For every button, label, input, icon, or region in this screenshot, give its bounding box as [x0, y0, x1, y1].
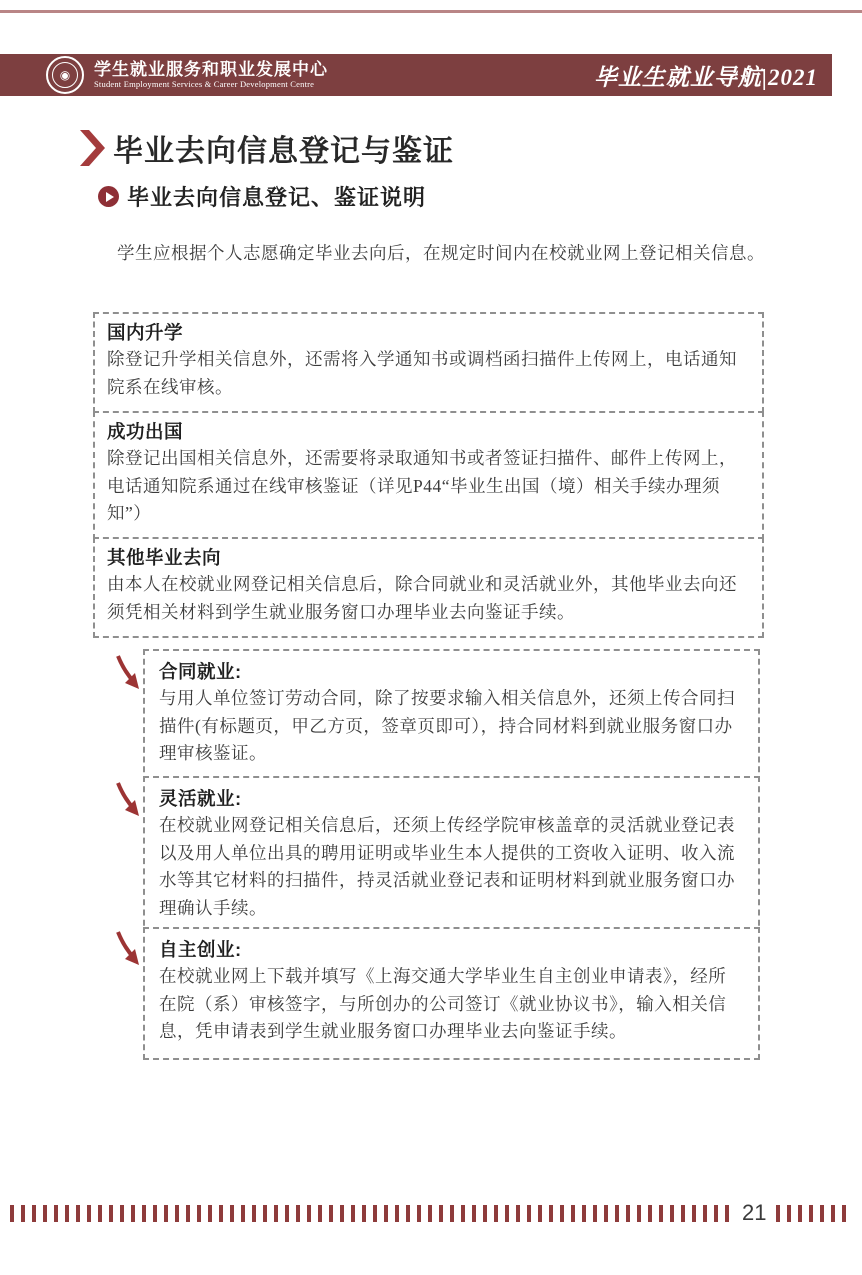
- subbox-body: 与用人单位签订劳动合同，除了按要求输入相关信息外，还须上传合同扫描件(有标题页，…: [159, 685, 744, 768]
- footer: 21: [10, 1203, 853, 1223]
- subbox-flexible-employment: 灵活就业: 在校就业网登记相关信息后，还须上传经学院审核盖章的灵活就业登记表以及…: [143, 776, 760, 936]
- footer-bar: [776, 1205, 780, 1222]
- footer-decoration-bars-right: [776, 1205, 853, 1222]
- footer-bar: [842, 1205, 846, 1222]
- footer-bar: [21, 1205, 25, 1222]
- box-title: 国内升学: [107, 320, 750, 346]
- footer-bar: [98, 1205, 102, 1222]
- box-body: 由本人在校就业网登记相关信息后，除合同就业和灵活就业外，其他毕业去向还须凭相关材…: [107, 571, 750, 626]
- intro-paragraph: 学生应根据个人志愿确定毕业去向后，在规定时间内在校就业网上登记相关信息。: [117, 239, 779, 267]
- footer-bar: [307, 1205, 311, 1222]
- footer-bar: [516, 1205, 520, 1222]
- footer-bar: [32, 1205, 36, 1222]
- footer-bar: [472, 1205, 476, 1222]
- footer-bar: [461, 1205, 465, 1222]
- footer-bar: [549, 1205, 553, 1222]
- top-rule: [0, 10, 862, 13]
- subbox-title: 合同就业:: [159, 659, 744, 685]
- footer-bar: [252, 1205, 256, 1222]
- footer-bar: [153, 1205, 157, 1222]
- footer-bar: [450, 1205, 454, 1222]
- footer-bar: [208, 1205, 212, 1222]
- footer-decoration-bars-left: [10, 1205, 736, 1222]
- box-domestic-study: 国内升学 除登记升学相关信息外，还需将入学通知书或调档函扫描件上传网上，电话通知…: [93, 312, 764, 413]
- footer-bar: [494, 1205, 498, 1222]
- footer-bar: [241, 1205, 245, 1222]
- footer-bar: [54, 1205, 58, 1222]
- footer-bar: [296, 1205, 300, 1222]
- footer-bar: [659, 1205, 663, 1222]
- university-seal-logo: ◉: [46, 56, 84, 94]
- org-name-zh: 学生就业服务和职业发展中心: [94, 60, 328, 80]
- box-going-abroad: 成功出国 除登记出国相关信息外，还需要将录取通知书或者签证扫描件、邮件上传网上，…: [93, 411, 764, 540]
- banner-title: 毕业生就业导航|2021: [594, 54, 818, 96]
- footer-bar: [505, 1205, 509, 1222]
- footer-bar: [681, 1205, 685, 1222]
- subsection-title-row: 毕业去向信息登记、鉴证说明: [98, 181, 426, 212]
- footer-bar: [197, 1205, 201, 1222]
- subbox-body: 在校就业网登记相关信息后，还须上传经学院审核盖章的灵活就业登记表以及用人单位出具…: [159, 812, 744, 923]
- footer-bar: [831, 1205, 835, 1222]
- footer-bar: [582, 1205, 586, 1222]
- footer-bar: [615, 1205, 619, 1222]
- subbox-body: 在校就业网上下载并填写《上海交通大学毕业生自主创业申请表》，经所在院（系）审核签…: [159, 963, 744, 1046]
- seal-glyph: ◉: [60, 69, 70, 81]
- footer-bar: [76, 1205, 80, 1222]
- footer-bar: [560, 1205, 564, 1222]
- footer-bar: [274, 1205, 278, 1222]
- footer-bar: [692, 1205, 696, 1222]
- footer-bar: [417, 1205, 421, 1222]
- page-title: 毕业去向信息登记与鉴证: [113, 126, 454, 170]
- footer-bar: [329, 1205, 333, 1222]
- footer-bar: [406, 1205, 410, 1222]
- subbox-title: 自主创业:: [159, 937, 744, 963]
- footer-bar: [65, 1205, 69, 1222]
- footer-bar: [340, 1205, 344, 1222]
- footer-bar: [571, 1205, 575, 1222]
- chevron-right-icon: [80, 130, 106, 166]
- footer-bar: [10, 1205, 14, 1222]
- footer-bar: [142, 1205, 146, 1222]
- footer-bar: [798, 1205, 802, 1222]
- footer-bar: [131, 1205, 135, 1222]
- section-title-row: 毕业去向信息登记与鉴证: [80, 126, 454, 170]
- page: { "header": { "org_name_zh": "学生就业服务和职业发…: [0, 0, 862, 1275]
- org-name-en: Student Employment Services & Career Dev…: [94, 79, 328, 90]
- box-title: 成功出国: [107, 419, 750, 445]
- subbox-self-startup: 自主创业: 在校就业网上下载并填写《上海交通大学毕业生自主创业申请表》，经所在院…: [143, 927, 760, 1060]
- footer-bar: [703, 1205, 707, 1222]
- footer-bar: [87, 1205, 91, 1222]
- org-name-block: 学生就业服务和职业发展中心 Student Employment Service…: [94, 60, 328, 91]
- footer-bar: [395, 1205, 399, 1222]
- arrow-down-right-icon: [113, 780, 145, 822]
- page-number: 21: [742, 1202, 766, 1224]
- box-title: 其他毕业去向: [107, 545, 750, 571]
- box-other-destinations: 其他毕业去向 由本人在校就业网登记相关信息后，除合同就业和灵活就业外，其他毕业去…: [93, 537, 764, 638]
- footer-bar: [109, 1205, 113, 1222]
- footer-bar: [527, 1205, 531, 1222]
- footer-bar: [285, 1205, 289, 1222]
- footer-bar: [626, 1205, 630, 1222]
- footer-bar: [670, 1205, 674, 1222]
- footer-bar: [809, 1205, 813, 1222]
- box-body: 除登记升学相关信息外，还需将入学通知书或调档函扫描件上传网上，电话通知院系在线审…: [107, 346, 750, 401]
- footer-bar: [725, 1205, 729, 1222]
- footer-bar: [714, 1205, 718, 1222]
- header-bar: ◉ 学生就业服务和职业发展中心 Student Employment Servi…: [0, 54, 832, 96]
- subbox-contract-employment: 合同就业: 与用人单位签订劳动合同，除了按要求输入相关信息外，还须上传合同扫描件…: [143, 649, 760, 782]
- footer-bar: [637, 1205, 641, 1222]
- subsection-title: 毕业去向信息登记、鉴证说明: [127, 181, 426, 212]
- footer-bar: [373, 1205, 377, 1222]
- footer-bar: [175, 1205, 179, 1222]
- footer-bar: [538, 1205, 542, 1222]
- footer-bar: [604, 1205, 608, 1222]
- subbox-title: 灵活就业:: [159, 786, 744, 812]
- seal-inner-ring: ◉: [52, 62, 78, 88]
- footer-bar: [164, 1205, 168, 1222]
- footer-bar: [120, 1205, 124, 1222]
- footer-bar: [648, 1205, 652, 1222]
- arrow-down-right-icon: [113, 929, 145, 971]
- footer-bar: [820, 1205, 824, 1222]
- footer-bar: [43, 1205, 47, 1222]
- footer-bar: [439, 1205, 443, 1222]
- footer-bar: [186, 1205, 190, 1222]
- footer-bar: [230, 1205, 234, 1222]
- footer-bar: [263, 1205, 267, 1222]
- footer-bar: [362, 1205, 366, 1222]
- arrow-down-right-icon: [113, 653, 145, 695]
- footer-bar: [483, 1205, 487, 1222]
- footer-bar: [428, 1205, 432, 1222]
- footer-bar: [351, 1205, 355, 1222]
- footer-bar: [593, 1205, 597, 1222]
- footer-bar: [384, 1205, 388, 1222]
- play-circle-icon: [98, 186, 119, 207]
- footer-bar: [219, 1205, 223, 1222]
- footer-bar: [787, 1205, 791, 1222]
- box-body: 除登记出国相关信息外，还需要将录取通知书或者签证扫描件、邮件上传网上，电话通知院…: [107, 445, 750, 528]
- footer-bar: [318, 1205, 322, 1222]
